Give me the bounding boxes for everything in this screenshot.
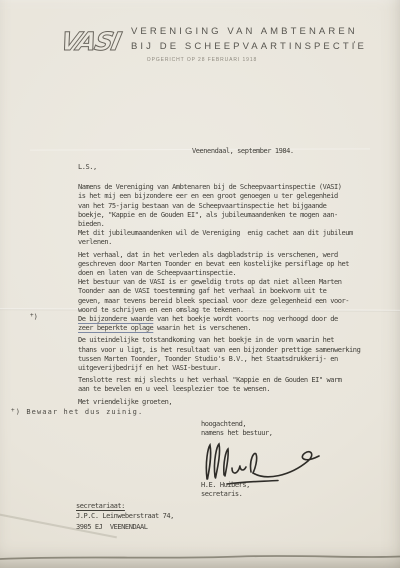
secretariat-address-line2: 3905 EJ VEENENDAAL [76, 522, 174, 532]
closing-block: hoogachtend, namens het bestuur, [201, 420, 273, 439]
paragraph-2-underlined-line-2: zeer beperkte oplage waarin het is versc… [78, 324, 388, 333]
secretariat-block: secretariaat: J.P.C. Leinweberstraat 74,… [76, 501, 174, 532]
letter-body: L.S., Namens de Vereniging van Ambtenare… [78, 163, 388, 407]
paragraph-4: Tenslotte rest mij slechts u het verhaal… [78, 376, 388, 394]
pen-underlined-text-1: De bijzondere waarde [78, 315, 153, 323]
footnote-text: Bewaar het dus zuinig. [21, 408, 143, 416]
vasi-logo-text: VASI [58, 27, 123, 56]
signature [198, 438, 326, 486]
vasi-logo: VASI [50, 19, 134, 61]
closing-line-1: hoogachtend, [201, 420, 273, 429]
organization-name-line2: BIJ DE SCHEEPVAARTINSPECTIE [131, 39, 367, 54]
paragraph-1: Namens de Vereniging van Ambtenaren bij … [78, 183, 388, 247]
letter-page: VASI VERENIGING VAN AMBTENAREN BIJ DE SC… [0, 0, 400, 568]
founded-line: OPGERICHT OP 28 FEBRUARI 1918 [131, 57, 273, 63]
organization-name: VERENIGING VAN AMBTENAREN BIJ DE SCHEEPV… [131, 24, 367, 54]
paragraph-2-mid: van het boekje wordt voorts nog verhoogd… [153, 315, 337, 323]
stray-pen-mark: ' [352, 40, 357, 49]
dateline: Veenendaal, september 1984. [192, 147, 294, 155]
paragraph-2: Het verhaal, dat in het verleden als dag… [78, 251, 388, 334]
signatory-title: secretaris. [201, 490, 250, 499]
paragraph-2-underlined-line-1: De bijzondere waarde van het boekje word… [78, 315, 388, 324]
paper-bottom-edge [0, 550, 400, 564]
organization-name-line1: VERENIGING VAN AMBTENAREN [131, 24, 367, 39]
paragraph-2-lines: Het verhaal, dat in het verleden als dag… [78, 251, 388, 315]
regards-line: Met vriendelijke groeten, [78, 398, 388, 407]
margin-marker-paren: ) [34, 313, 38, 321]
secretariat-address-line1: J.P.C. Leinweberstraat 74, [76, 511, 174, 521]
margin-footnote-marker: +) [30, 312, 38, 321]
pen-underlined-text-2: zeer beperkte oplage [78, 324, 153, 332]
secretariat-label: secretariaat: [76, 501, 174, 511]
paragraph-3: De uiteindelijke totstandkoming van het … [78, 336, 388, 373]
signatory-name: H.E. Huibers, [201, 481, 250, 490]
salutation: L.S., [78, 163, 388, 172]
signatory-block: H.E. Huibers, secretaris. [201, 481, 250, 500]
paragraph-2-tail: waarin het is verschenen. [153, 324, 251, 332]
footnote: +) Bewaar het dus zuinig. [11, 407, 143, 416]
